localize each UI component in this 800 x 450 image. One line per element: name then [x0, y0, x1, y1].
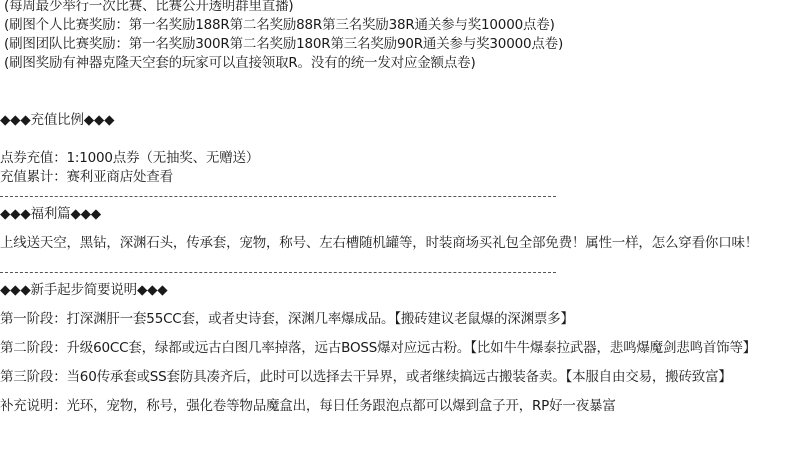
spacer [0, 224, 800, 234]
rule-line-team-reward: (刷图团队比赛奖励：第一名奖励300R第二名奖励180R第三名奖励90R通关参与… [0, 35, 800, 54]
newbie-supplement: 补充说明：光环，宠物，称号，强化卷等物品魔盒出，每日任务跟泡点都可以爆到盒子开，… [0, 397, 800, 416]
spacer [0, 387, 800, 397]
section-divider [0, 272, 556, 281]
newbie-stage-3: 第三阶段：当60传承套或SS套防具凑齐后，此时可以选择去干异界，或者继续搞远古搬… [0, 368, 800, 387]
welfare-heading: ◆◆◆福利篇◆◆◆ [0, 205, 800, 224]
section-divider [0, 196, 556, 205]
spacer [0, 130, 800, 149]
spacer [0, 300, 800, 310]
newbie-heading: ◆◆◆新手起步简要说明◆◆◆ [0, 281, 800, 300]
spacer [0, 73, 800, 111]
spacer [0, 329, 800, 339]
recharge-heading: ◆◆◆充值比例◆◆◆ [0, 111, 800, 130]
rule-line-weekly-match: (每周最少举行一次比赛、比赛公开透明群里直播) [0, 0, 800, 16]
rule-line-solo-reward: (刷图个人比赛奖励：第一名奖励188R第二名奖励88R第三名奖励38R通关参与奖… [0, 16, 800, 35]
spacer [0, 253, 800, 263]
welfare-text: 上线送天空，黑钻，深渊石头，传承套，宠物，称号、左右槽随机罐等，时装商场买礼包全… [0, 234, 800, 253]
rule-line-artifact-reward: (刷图奖励有神器克隆天空套的玩家可以直接领取R。没有的统一发对应金额点卷) [0, 54, 800, 73]
document-body: (每周最少举行一次比赛、比赛公开透明群里直播) (刷图个人比赛奖励：第一名奖励1… [0, 0, 800, 416]
spacer [0, 358, 800, 368]
recharge-total-line: 充值累计：赛利亚商店处查看 [0, 168, 800, 187]
recharge-rate-line: 点券充值：1:1000点券（无抽奖、无赠送） [0, 149, 800, 168]
newbie-stage-2: 第二阶段：升级60CC套，绿都或远古白图几率掉落，远古BOSS爆对应远古粉。【比… [0, 339, 800, 358]
newbie-stage-1: 第一阶段：打深渊肝一套55CC套，或者史诗套，深渊几率爆成品。【搬砖建议老鼠爆的… [0, 310, 800, 329]
